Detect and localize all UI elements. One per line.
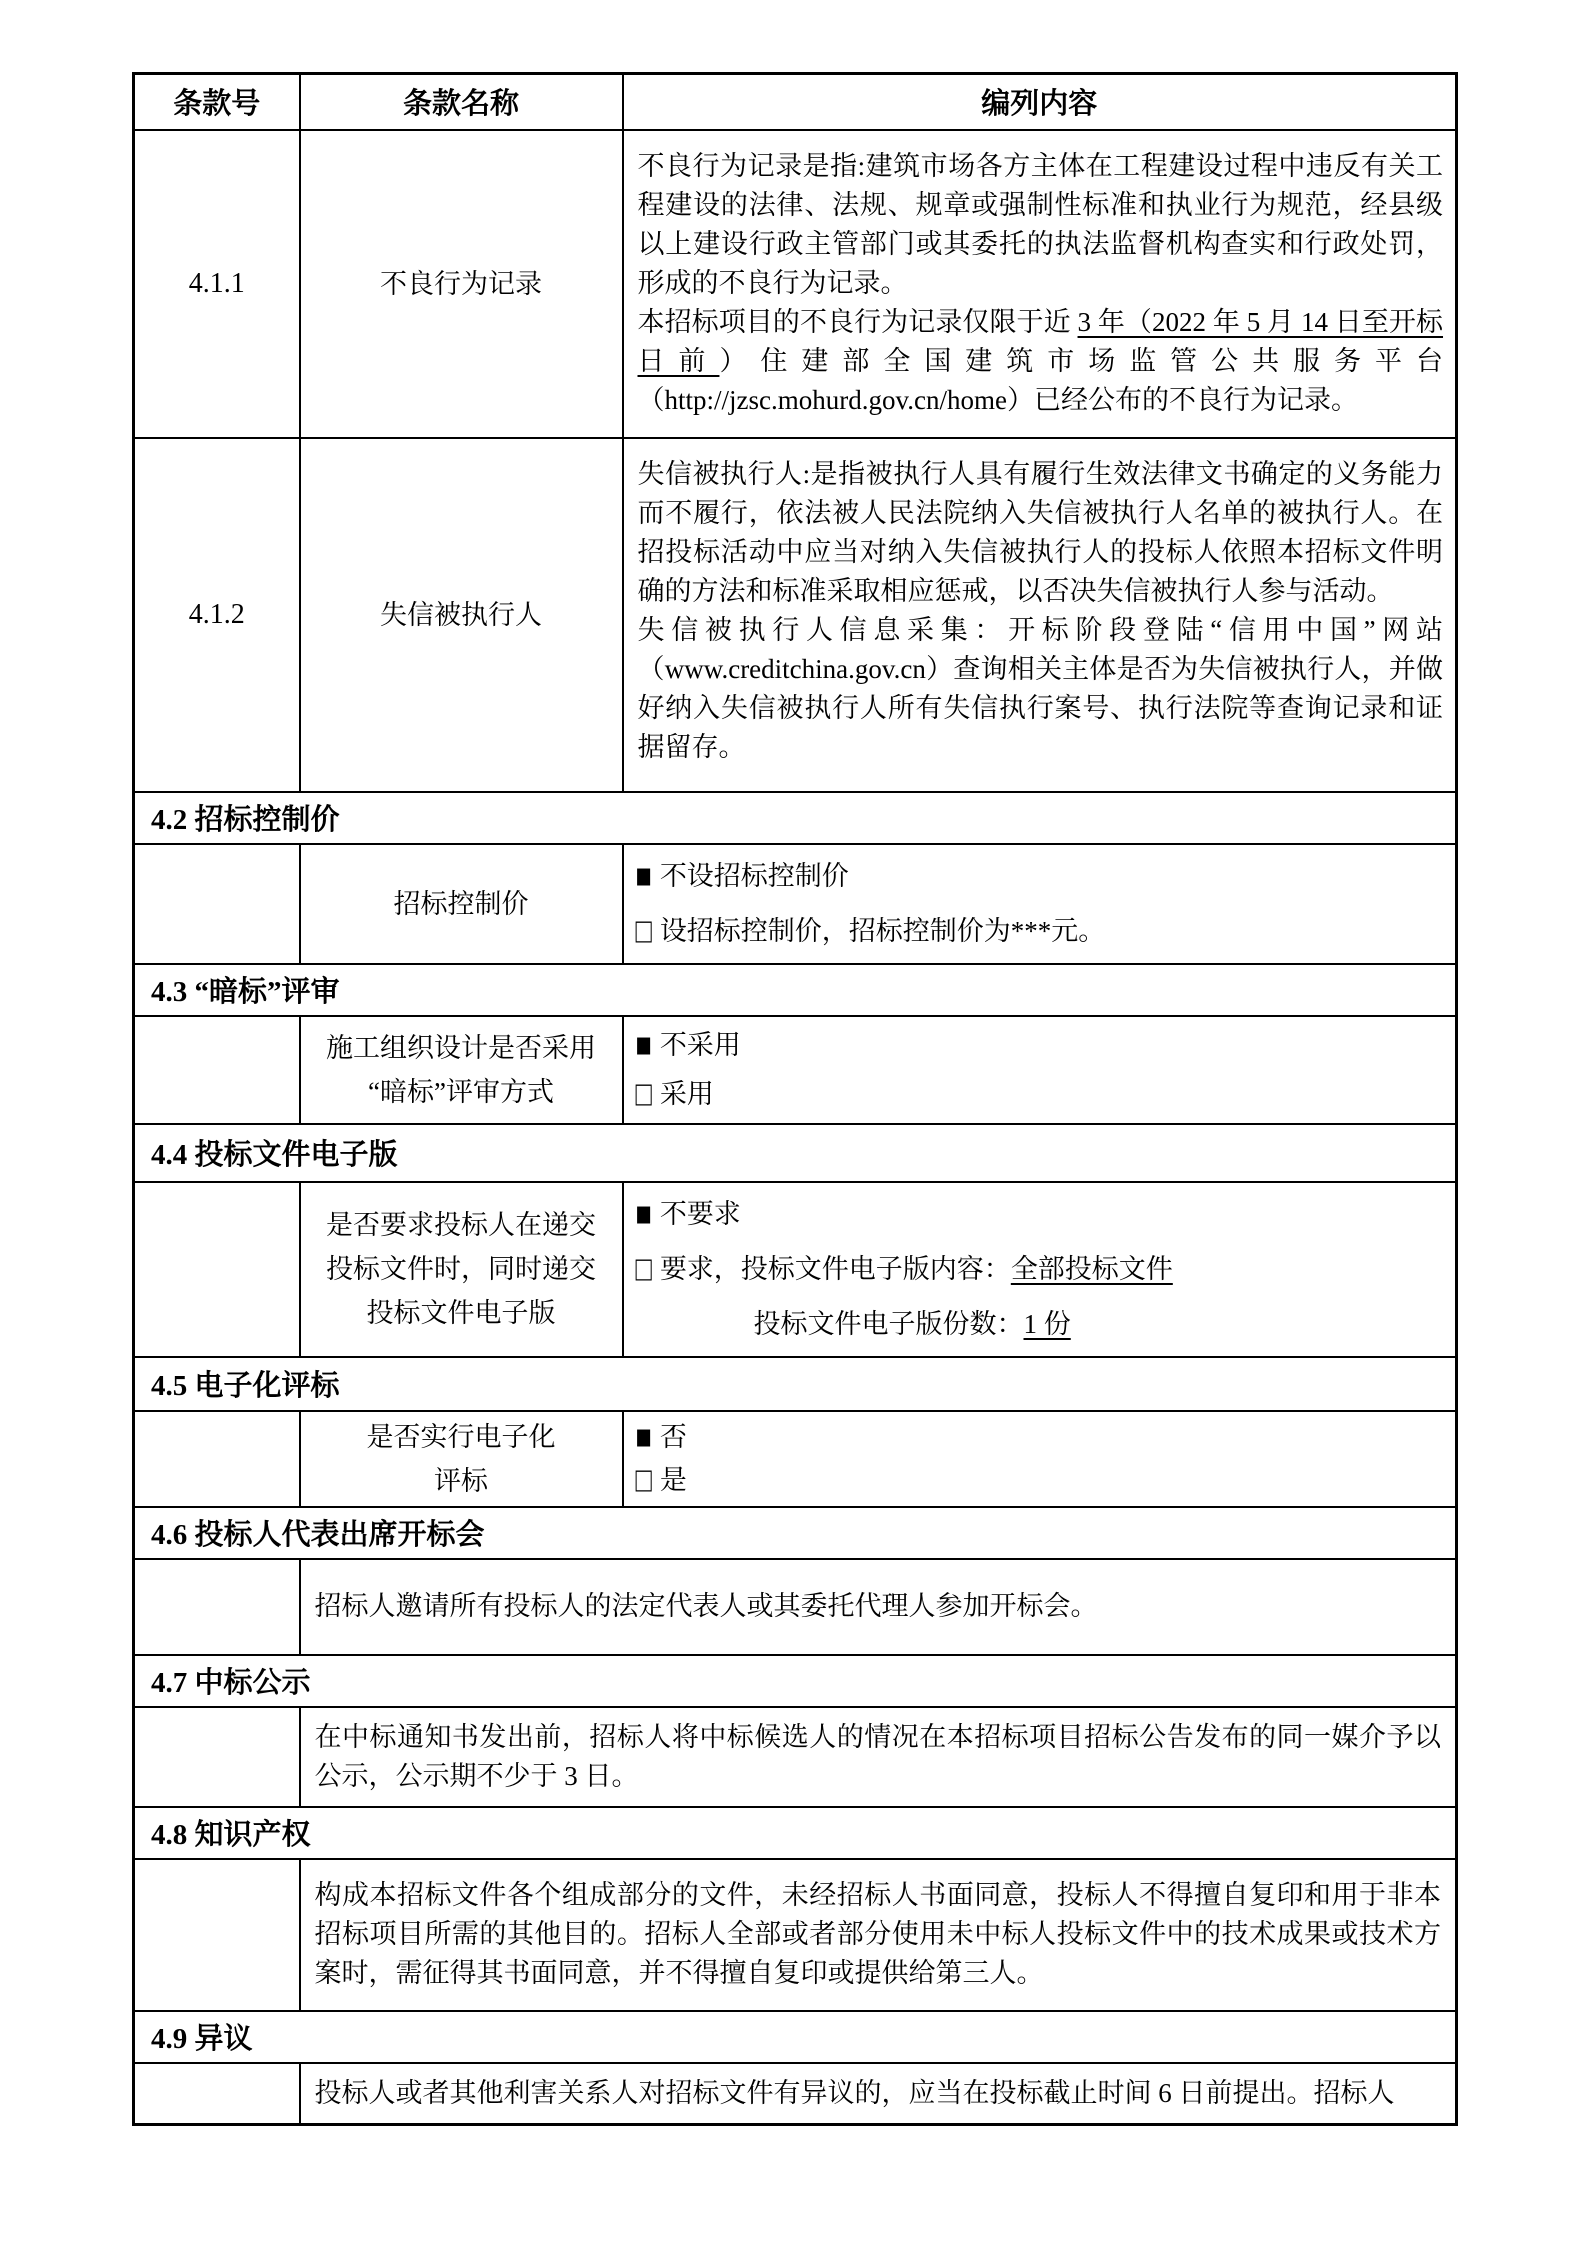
checkbox-unchecked-icon: □ [636,1233,652,1305]
option-label: 不要求 [660,1199,741,1229]
option-label: 投标文件电子版份数： [754,1309,1024,1339]
clause-table: 条款号 条款名称 编列内容 4.1.1 不良行为记录 不良行为记录是指:建筑市场… [132,72,1458,2126]
clause-number-empty [134,1182,300,1357]
section-header-row-4-5: 4.5 电子化评标 [134,1357,1457,1411]
option-line: 投标文件电子版份数：1 份 [636,1297,1446,1352]
option-label: 是 [660,1465,687,1495]
checkbox-unchecked-icon: □ [636,895,652,967]
document-page: 条款号 条款名称 编列内容 4.1.1 不良行为记录 不良行为记录是指:建筑市场… [0,0,1587,2245]
underlined-value: 全部投标文件 [1011,1254,1173,1284]
clause-number-empty [134,1707,300,1807]
clause-number-empty [134,844,300,964]
underlined-value: 1 份 [1024,1309,1071,1339]
clause-content: ■否 □是 [623,1411,1457,1507]
col-header-clause-number: 条款号 [134,74,300,130]
clause-number: 4.1.1 [134,130,300,438]
section-title: 4.3 “暗标”评审 [134,964,1457,1016]
clause-name: 失信被执行人 [300,438,623,792]
clause-content: 失信被执行人:是指被执行人具有履行生效法律文书确定的义务能力而不履行，依法被人民… [623,438,1457,792]
option-label: 设招标控制价，招标控制价为***元。 [660,916,1106,946]
clause-name: 施工组织设计是否采用“暗标”评审方式 [300,1016,623,1124]
row-4-5-content: 是否实行电子化评标 ■否 □是 [134,1411,1457,1507]
paragraph: 失信被执行人:是指被执行人具有履行生效法律文书确定的义务能力而不履行，依法被人民… [638,455,1444,611]
section-header-row-4-3: 4.3 “暗标”评审 [134,964,1457,1016]
clause-content: 招标人邀请所有投标人的法定代表人或其委托代理人参加开标会。 [300,1559,1457,1655]
section-header-row-4-8: 4.8 知识产权 [134,1807,1457,1859]
clause-content: ■不设招标控制价 □设招标控制价，招标控制价为***元。 [623,844,1457,964]
section-title: 4.9 异议 [134,2011,1457,2063]
clause-number: 4.1.2 [134,438,300,792]
option-line: □设招标控制价，招标控制价为***元。 [636,904,1446,959]
paragraph: 本招标项目的不良行为记录仅限于近 3 年（2022 年 5 月 14 日至开标日… [638,303,1444,420]
section-title: 4.4 投标文件电子版 [134,1124,1457,1182]
clause-name: 是否要求投标人在递交投标文件时，同时递交投标文件电子版 [300,1182,623,1357]
clause-content: 构成本招标文件各个组成部分的文件，未经招标人书面同意，投标人不得擅自复印和用于非… [300,1859,1457,2011]
row-4-3-content: 施工组织设计是否采用“暗标”评审方式 ■不采用 □采用 [134,1016,1457,1124]
col-header-content: 编列内容 [623,74,1457,130]
row-4-2-content: 招标控制价 ■不设招标控制价 □设招标控制价，招标控制价为***元。 [134,844,1457,964]
clause-number-empty [134,1859,300,2011]
option-line: ■否 [636,1416,1446,1459]
checkbox-unchecked-icon: □ [636,1452,652,1508]
option-line: ■不采用 [636,1021,1446,1070]
clause-content: ■不采用 □采用 [623,1016,1457,1124]
option-label: 否 [660,1422,687,1452]
option-label: 不设招标控制价 [660,861,849,891]
row-4-7-content: 在中标通知书发出前，招标人将中标候选人的情况在本招标项目招标公告发布的同一媒介予… [134,1707,1457,1807]
section-title: 4.5 电子化评标 [134,1357,1457,1411]
clause-number-empty [134,1559,300,1655]
paragraph: 失信被执行人信息采集：开标阶段登陆“信用中国”网站（www.creditchin… [638,611,1444,767]
option-line: ■不设招标控制价 [636,849,1446,904]
clause-name: 是否实行电子化评标 [300,1411,623,1507]
paragraph: 不良行为记录是指:建筑市场各方主体在工程建设过程中违反有关工程建设的法律、法规、… [638,147,1444,303]
option-line: ■不要求 [636,1187,1446,1242]
section-header-row-4-2: 4.2 招标控制价 [134,792,1457,844]
clause-number-empty [134,1016,300,1124]
clause-name: 不良行为记录 [300,130,623,438]
section-header-row-4-7: 4.7 中标公示 [134,1655,1457,1707]
row-4-8-content: 构成本招标文件各个组成部分的文件，未经招标人书面同意，投标人不得擅自复印和用于非… [134,1859,1457,2011]
option-line: □是 [636,1459,1446,1502]
option-label: 不采用 [660,1030,741,1060]
col-header-clause-name: 条款名称 [300,74,623,130]
row-4-9-content: 投标人或者其他利害关系人对招标文件有异议的，应当在投标截止时间 6 日前提出。招… [134,2063,1457,2125]
table-header-row: 条款号 条款名称 编列内容 [134,74,1457,130]
option-label: 要求，投标文件电子版内容： [660,1254,1011,1284]
clause-number-empty [134,2063,300,2125]
section-header-row-4-6: 4.6 投标人代表出席开标会 [134,1507,1457,1559]
row-4-1-1: 4.1.1 不良行为记录 不良行为记录是指:建筑市场各方主体在工程建设过程中违反… [134,130,1457,438]
clause-content: 在中标通知书发出前，招标人将中标候选人的情况在本招标项目招标公告发布的同一媒介予… [300,1707,1457,1807]
row-4-4-content: 是否要求投标人在递交投标文件时，同时递交投标文件电子版 ■不要求 □要求，投标文… [134,1182,1457,1357]
clause-number-empty [134,1411,300,1507]
section-title: 4.7 中标公示 [134,1655,1457,1707]
section-header-row-4-4: 4.4 投标文件电子版 [134,1124,1457,1182]
clause-content: ■不要求 □要求，投标文件电子版内容：全部投标文件 投标文件电子版份数：1 份 [623,1182,1457,1357]
option-label: 采用 [660,1079,714,1109]
section-title: 4.8 知识产权 [134,1807,1457,1859]
checkbox-unchecked-icon: □ [636,1062,652,1126]
option-line: □采用 [636,1070,1446,1119]
clause-name: 招标控制价 [300,844,623,964]
clause-content: 不良行为记录是指:建筑市场各方主体在工程建设过程中违反有关工程建设的法律、法规、… [623,130,1457,438]
option-line: □要求，投标文件电子版内容：全部投标文件 [636,1242,1446,1297]
section-title: 4.2 招标控制价 [134,792,1457,844]
row-4-1-2: 4.1.2 失信被执行人 失信被执行人:是指被执行人具有履行生效法律文书确定的义… [134,438,1457,792]
section-title: 4.6 投标人代表出席开标会 [134,1507,1457,1559]
row-4-6-content: 招标人邀请所有投标人的法定代表人或其委托代理人参加开标会。 [134,1559,1457,1655]
section-header-row-4-9: 4.9 异议 [134,2011,1457,2063]
clause-content: 投标人或者其他利害关系人对招标文件有异议的，应当在投标截止时间 6 日前提出。招… [300,2063,1457,2125]
